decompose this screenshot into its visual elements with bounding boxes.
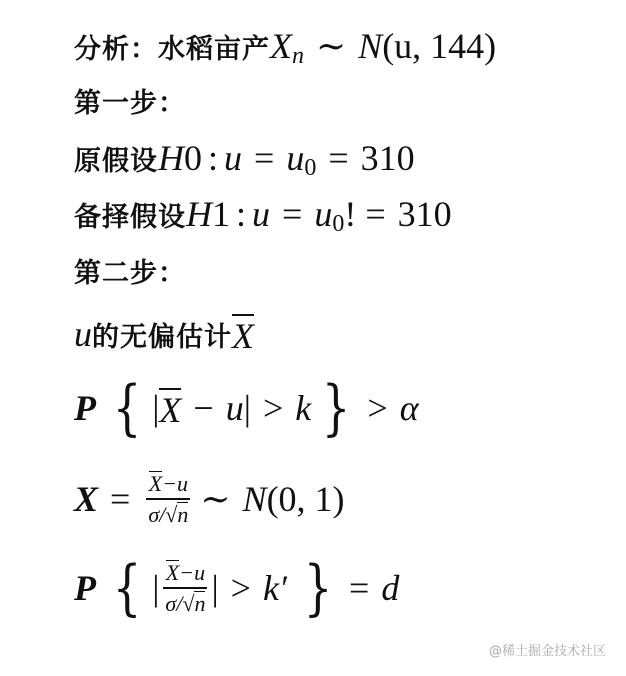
dist-args: (0, 1) (267, 478, 345, 520)
probability-equation-2: P { | X−u σ/√n | > k′ } = d (74, 548, 399, 628)
prob-symbol: P (74, 567, 96, 609)
step2-label: 第二步： (74, 251, 186, 290)
h0-value: 310 (361, 137, 415, 179)
prob-symbol: P (74, 387, 96, 429)
greater-than: > (263, 387, 283, 429)
standardization-line: X = X−u σ/√n ∼ N (0, 1) (74, 462, 345, 536)
k-prime-variable: k′ (263, 567, 287, 609)
abs-close: | (211, 567, 218, 609)
fraction-bar (146, 498, 190, 500)
equals: = (254, 137, 274, 179)
estimator-line: u 的无偏估计 X (74, 308, 254, 360)
estimator-label: 的无偏估计 (92, 315, 232, 354)
sqrt-symbol: √ (165, 502, 177, 527)
h1-line: 备择假设 H 1 : u = u 0 ! = 310 (74, 190, 452, 238)
h0-label: 原假设 (74, 139, 158, 178)
h-index: 1 (212, 193, 230, 235)
step1-line: 第一步： (74, 78, 186, 122)
equals: = (110, 478, 130, 520)
abs-close: | (244, 387, 251, 429)
watermark: @稀土掘金技术社区 (489, 640, 606, 659)
z-score-fraction: X−u σ/√n (163, 560, 207, 616)
minus: − (193, 387, 213, 429)
h0-line: 原假设 H 0 : u = u 0 = 310 (74, 134, 415, 182)
alpha-symbol: α (400, 387, 419, 429)
h1-value: 310 (398, 193, 452, 235)
u-variable: u (252, 193, 270, 235)
fraction-denominator: σ/√n (163, 591, 207, 616)
x-bar: X (232, 314, 254, 354)
right-brace: } (322, 378, 351, 438)
left-brace: { (113, 378, 142, 438)
x-variable: X (74, 478, 98, 520)
h-variable: H (158, 137, 184, 179)
h-variable: H (186, 193, 212, 235)
analysis-line: 分析：水稻亩产 X n ∼ N (u, 144) (74, 22, 496, 70)
tilde-symbol: ∼ (316, 25, 346, 67)
u0-variable: u (286, 137, 304, 179)
fraction-bar (163, 587, 207, 589)
u-variable: u (224, 137, 242, 179)
right-brace: } (304, 558, 333, 618)
step2-line: 第二步： (74, 248, 186, 292)
equals: = (349, 567, 369, 609)
z-score-fraction: X−u σ/√n (146, 471, 190, 527)
equals: = (282, 193, 302, 235)
abs-open: | (152, 567, 159, 609)
k-variable: k (295, 387, 311, 429)
greater-than: > (231, 567, 251, 609)
u0-subscript: 0 (304, 155, 316, 182)
greater-than: > (367, 387, 387, 429)
variable-x: X (270, 25, 292, 67)
h1-label: 备择假设 (74, 195, 186, 234)
x-bar: X (159, 388, 181, 428)
u0-variable: u (314, 193, 332, 235)
colon: : (236, 193, 246, 235)
colon: : (208, 137, 218, 179)
subscript-n: n (292, 43, 304, 70)
step1-label: 第一步： (74, 81, 186, 120)
sqrt-symbol: √ (182, 591, 194, 616)
fraction-numerator: X−u (147, 471, 190, 496)
u-variable: u (226, 387, 244, 429)
analysis-label: 分析：水稻亩产 (74, 27, 270, 66)
h-index: 0 (184, 137, 202, 179)
left-brace: { (113, 558, 142, 618)
u-variable: u (74, 313, 92, 355)
probability-inequality-1: P { | X − u | > k } > α (74, 368, 419, 448)
d-variable: d (381, 567, 399, 609)
normal-dist-symbol: N (243, 478, 267, 520)
fraction-numerator: X−u (164, 560, 207, 585)
not-equals: ! = (344, 193, 385, 235)
u0-subscript: 0 (332, 211, 344, 238)
fraction-denominator: σ/√n (146, 502, 190, 527)
normal-dist-symbol: N (358, 25, 382, 67)
dist-args: (u, 144) (382, 25, 496, 67)
tilde-symbol: ∼ (200, 478, 230, 520)
equals: = (328, 137, 348, 179)
